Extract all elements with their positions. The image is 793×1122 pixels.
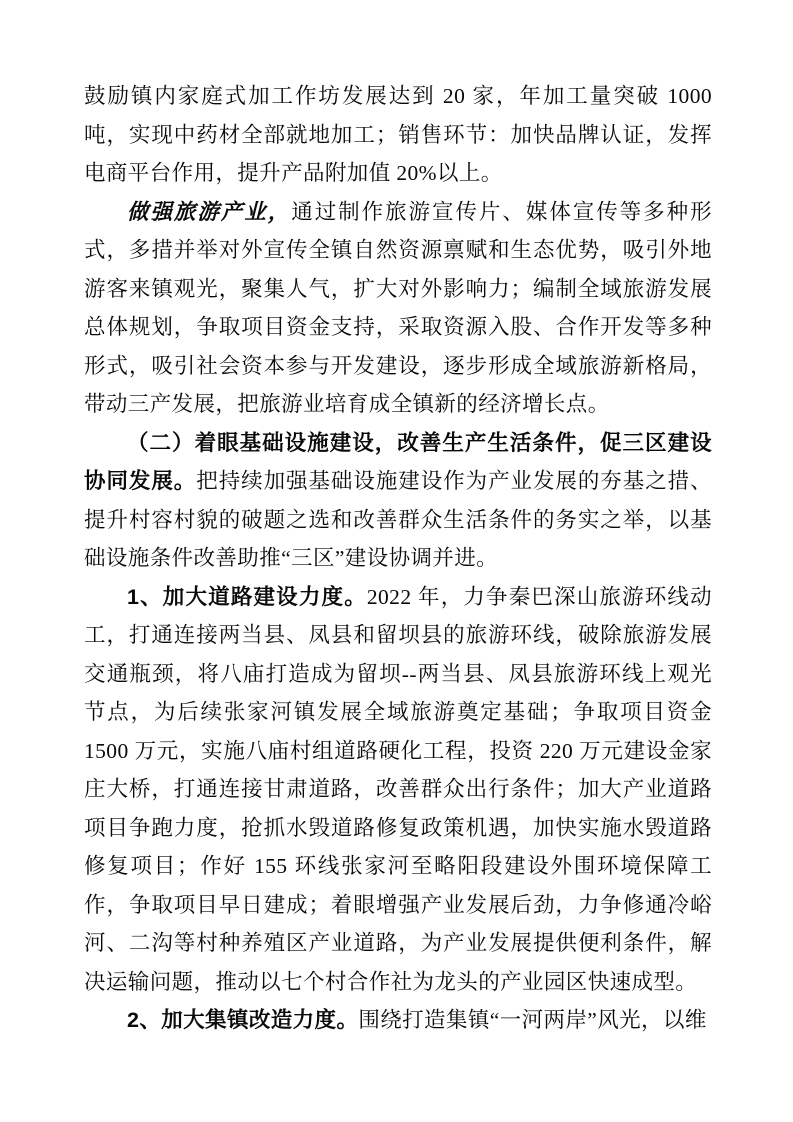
subsection-heading: 1、加大道路建设力度。	[127, 585, 367, 609]
document-page: 鼓励镇内家庭式加工作坊发展达到 20 家，年加工量突破 1000 吨，实现中药材…	[0, 0, 793, 1122]
paragraph: 鼓励镇内家庭式加工作坊发展达到 20 家，年加工量突破 1000 吨，实现中药材…	[84, 77, 712, 193]
paragraph-lead: 做强旅游产业，	[127, 200, 291, 224]
paragraph-text: 围绕打造集镇“一河两岸”风光，以维	[358, 1008, 706, 1032]
paragraph-text: 鼓励镇内家庭式加工作坊发展达到 20 家，年加工量突破 1000 吨，实现中药材…	[84, 84, 712, 185]
subsection-heading: 2、加大集镇改造力度。	[127, 1008, 358, 1032]
section-paragraph: （二）着眼基础设施建设，改善生产生活条件，促三区建设协同发展。把持续加强基础设施…	[84, 424, 712, 578]
paragraph-text: 通过制作旅游宣传片、媒体宣传等多种形式，多措并举对外宣传全镇自然资源禀赋和生态优…	[84, 200, 712, 417]
subsection-paragraph: 2、加大集镇改造力度。围绕打造集镇“一河两岸”风光，以维	[84, 1001, 712, 1040]
paragraph: 做强旅游产业，通过制作旅游宣传片、媒体宣传等多种形式，多措并举对外宣传全镇自然资…	[84, 193, 712, 424]
paragraph-text: 2022 年，力争秦巴深山旅游环线动工，打通连接两当县、凤县和留坝县的旅游环线，…	[84, 585, 712, 994]
subsection-paragraph: 1、加大道路建设力度。2022 年，力争秦巴深山旅游环线动工，打通连接两当县、凤…	[84, 578, 712, 1002]
